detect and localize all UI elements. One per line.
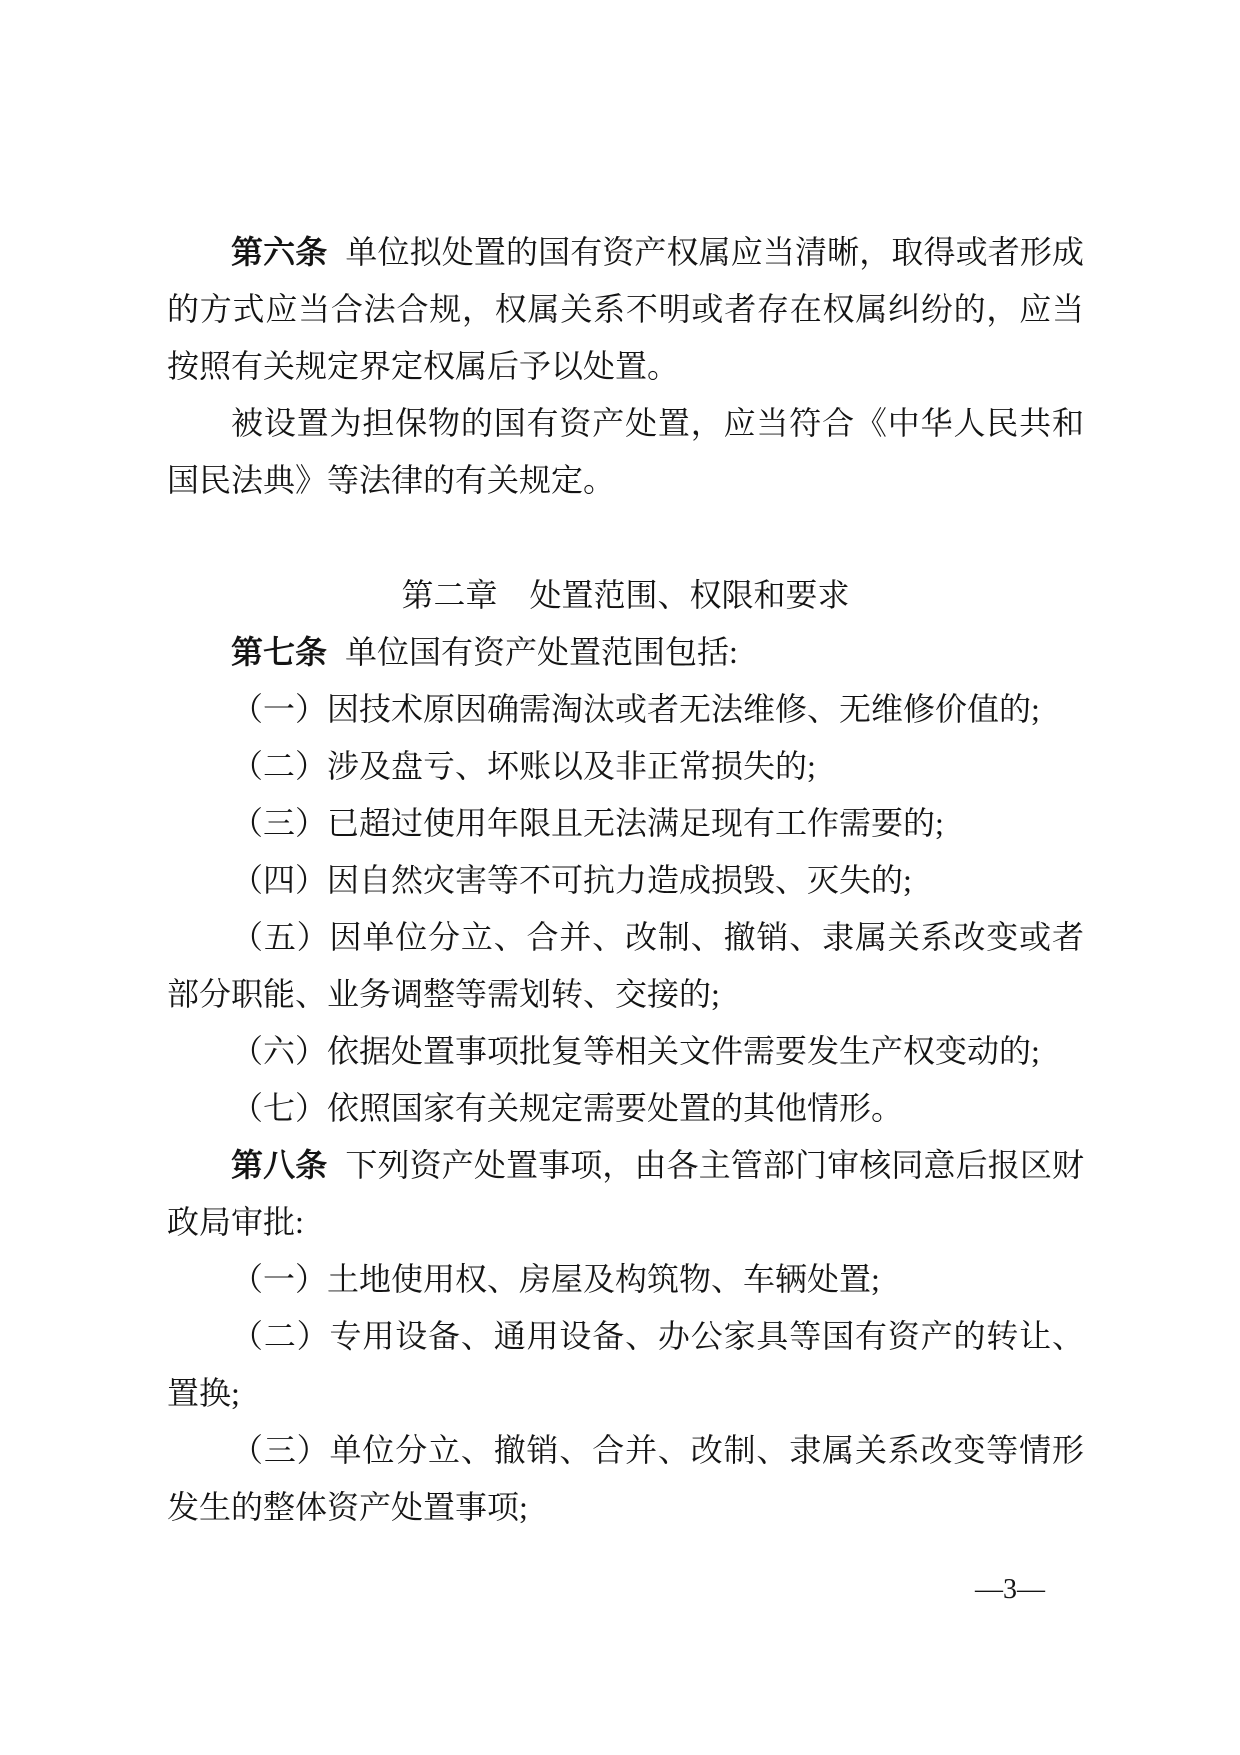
article-7-label: 第七条 xyxy=(231,634,327,670)
article-7-item-1: （一）因技术原因确需淘汰或者无法维修、无维修价值的; xyxy=(167,681,1084,738)
article-8-item-1: （一）土地使用权、房屋及构筑物、车辆处置; xyxy=(167,1251,1084,1308)
article-8-paragraph: 第八条下列资产处置事项，由各主管部门审核同意后报区财政局审批: xyxy=(167,1137,1084,1251)
chapter-2-heading: 第二章 处置范围、权限和要求 xyxy=(167,567,1084,624)
article-7-item-4: （四）因自然灾害等不可抗力造成损毁、灭失的; xyxy=(167,852,1084,909)
article-8-item-3: （三）单位分立、撤销、合并、改制、隶属关系改变等情形发生的整体资产处置事项; xyxy=(167,1422,1084,1536)
article-8-label: 第八条 xyxy=(231,1147,327,1183)
document-page: 第六条单位拟处置的国有资产权属应当清晰，取得或者形成的方式应当合法合规，权属关系… xyxy=(0,0,1240,1755)
article-7-paragraph: 第七条单位国有资产处置范围包括: xyxy=(167,624,1084,681)
article-7-item-5: （五）因单位分立、合并、改制、撤销、隶属关系改变或者部分职能、业务调整等需划转、… xyxy=(167,909,1084,1023)
article-7-item-6: （六）依据处置事项批复等相关文件需要发生产权变动的; xyxy=(167,1023,1084,1080)
article-6-paragraph-2: 被设置为担保物的国有资产处置，应当符合《中华人民共和国民法典》等法律的有关规定。 xyxy=(167,395,1084,509)
page-number: —3— xyxy=(167,1576,1084,1604)
article-6-paragraph-1: 第六条单位拟处置的国有资产权属应当清晰，取得或者形成的方式应当合法合规，权属关系… xyxy=(167,224,1084,395)
article-7-item-3: （三）已超过使用年限且无法满足现有工作需要的; xyxy=(167,795,1084,852)
article-8-item-2: （二）专用设备、通用设备、办公家具等国有资产的转让、置换; xyxy=(167,1308,1084,1422)
article-7-item-7: （七）依照国家有关规定需要处置的其他情形。 xyxy=(167,1080,1084,1137)
article-6-label: 第六条 xyxy=(231,234,327,270)
article-7-text: 单位国有资产处置范围包括: xyxy=(345,634,738,670)
article-7-item-2: （二）涉及盘亏、坏账以及非正常损失的; xyxy=(167,738,1084,795)
